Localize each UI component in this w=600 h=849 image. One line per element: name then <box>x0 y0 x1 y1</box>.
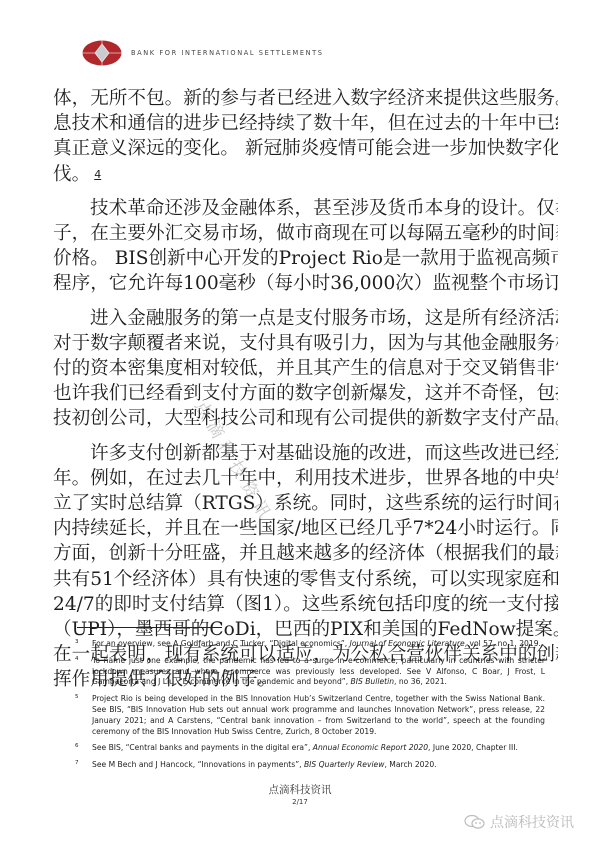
footnote-text: , no 36, 2021. <box>394 677 447 686</box>
footnote-journal: Annual Economic Report 2020 <box>313 743 428 752</box>
text-line: 24/7的即时支付结算（图1）。这些系统包括印度的统一支付接口 <box>53 592 558 617</box>
footnote-4: 4 To name just one example, the pandemic… <box>75 656 545 688</box>
footnote-text: Project Rio is being developed in the BI… <box>92 694 545 735</box>
footnote-3: 3 For an overview, see A Goldfarb and C … <box>75 639 545 650</box>
footnote-number: 3 <box>75 637 79 648</box>
bis-logo-icon <box>82 40 122 66</box>
footnote-number: 4 <box>75 654 79 665</box>
paragraph-2: 技术革命还涉及金融体系，甚至涉及货币本身的设计。仅举一个例 子，在主要外汇交易市… <box>53 196 558 297</box>
text-line: 真正意义深远的变化。 新冠肺炎疫情可能会进一步加快数字化变革的步 <box>53 136 558 161</box>
wechat-watermark: 点滴科技资讯 <box>464 812 574 832</box>
footnote-5: 5 Project Rio is being developed in the … <box>75 694 545 737</box>
footnote-number: 7 <box>75 758 79 769</box>
text-line: 技术革命还涉及金融体系，甚至涉及货币本身的设计。仅举一个例 <box>53 196 558 221</box>
footnote-7: 7 See M Bech and J Hancock, “Innovations… <box>75 760 545 771</box>
text-line: 立了实时总结算（RTGS）系统。同时，这些系统的运行时间在全球范围 <box>53 491 558 516</box>
text-line: 共有51个经济体）具有快速的零售支付系统，可以实现家庭和企业之间 <box>53 567 558 592</box>
text-line: 进入金融服务的第一点是支付服务市场，这是所有经济活动的基础。 <box>53 306 558 331</box>
wechat-icon <box>464 814 486 830</box>
text-line: 伐。4 <box>53 162 558 187</box>
text-line: 程序，它允许每100毫秒（每小时36,000次）监视整个市场订单。 <box>53 271 558 296</box>
footnote-journal: BIS Bulletin <box>351 677 395 686</box>
text-line: 也许我们已经看到支付方面的数字创新爆发，这并不奇怪，包括金融科 <box>53 381 558 406</box>
footnote-journal: BIS Quarterly Review <box>304 760 384 769</box>
paragraph-3: 进入金融服务的第一点是支付服务市场，这是所有经济活动的基础。 对于数字颠覆者来说… <box>53 306 558 432</box>
watermark-text: 点滴科技资讯 <box>490 812 574 832</box>
text-line: 对于数字颠覆者来说，支付具有吸引力，因为与其他金融服务相比，支 <box>53 331 558 356</box>
page-number: 2/17 <box>0 798 600 806</box>
footnote-6: 6 See BIS, “Central banks and payments i… <box>75 743 545 754</box>
footnote-text: , June 2020, Chapter III. <box>428 743 518 752</box>
footnote-reference-link[interactable]: 4 <box>94 168 101 181</box>
text-line-content: 伐。 <box>53 164 90 185</box>
footnote-separator <box>77 627 222 628</box>
text-line: 内持续延长，并且在一些国家/地区已经几乎7*24小时运行。同样在零售 <box>53 516 558 541</box>
text-line: 价格。 BIS创新中心开发的Project Rio是一款用于监视高频市场的新应用 <box>53 246 558 271</box>
paragraph-1: 体，无所不包。新的参与者已经进入数字经济来提供这些服务。尽管信 息技术和通信的进… <box>53 86 558 187</box>
text-line: 年。例如，在过去几十年中，利用技术进步，世界各地的中央银行都建 <box>53 466 558 491</box>
text-line: 技初创公司，大型科技公司和现有公司提供的新数字支付产品。 <box>53 406 558 431</box>
text-line: 许多支付创新都基于对基础设施的改进，而这些改进已经进行了多 <box>53 441 558 466</box>
footnotes: 3 For an overview, see A Goldfarb and C … <box>75 639 545 777</box>
text-line: 息技术和通信的进步已经持续了数十年，但在过去的十年中已经迎来了 <box>53 111 558 136</box>
text-line: 付的资本密集度相对较低，并且其产生的信息对于交叉销售非常有价值。 <box>53 356 558 381</box>
footnote-text: See BIS, “Central banks and payments in … <box>92 743 313 752</box>
footnote-number: 6 <box>75 741 79 752</box>
footer-title: 点滴科技资讯 <box>0 782 600 797</box>
footnote-journal: Journal of Economic Literature <box>350 639 465 648</box>
footnote-text: See M Bech and J Hancock, “Innovations i… <box>92 760 304 769</box>
footnote-text: , vol 57, no 1, 2019. <box>465 639 541 648</box>
footnote-number: 5 <box>75 692 79 703</box>
text-line: 体，无所不包。新的参与者已经进入数字经济来提供这些服务。尽管信 <box>53 86 558 111</box>
organization-name: BANK FOR INTERNATIONAL SETTLEMENTS <box>131 49 324 57</box>
footnote-text: For an overview, see A Goldfarb and C Tu… <box>92 639 350 648</box>
text-line: 方面，创新十分旺盛，并且越来越多的经济体（根据我们的最新统计， <box>53 541 558 566</box>
document-body: 体，无所不包。新的参与者已经进入数字经济来提供这些服务。尽管信 息技术和通信的进… <box>53 86 558 693</box>
footnote-text: To name just one example, the pandemic h… <box>92 656 545 687</box>
page-header: BANK FOR INTERNATIONAL SETTLEMENTS <box>82 40 324 66</box>
footnote-text: , March 2020. <box>384 760 436 769</box>
text-line: 子，在主要外汇交易市场，做市商现在可以每隔五毫秒的时间获取实时 <box>53 221 558 246</box>
